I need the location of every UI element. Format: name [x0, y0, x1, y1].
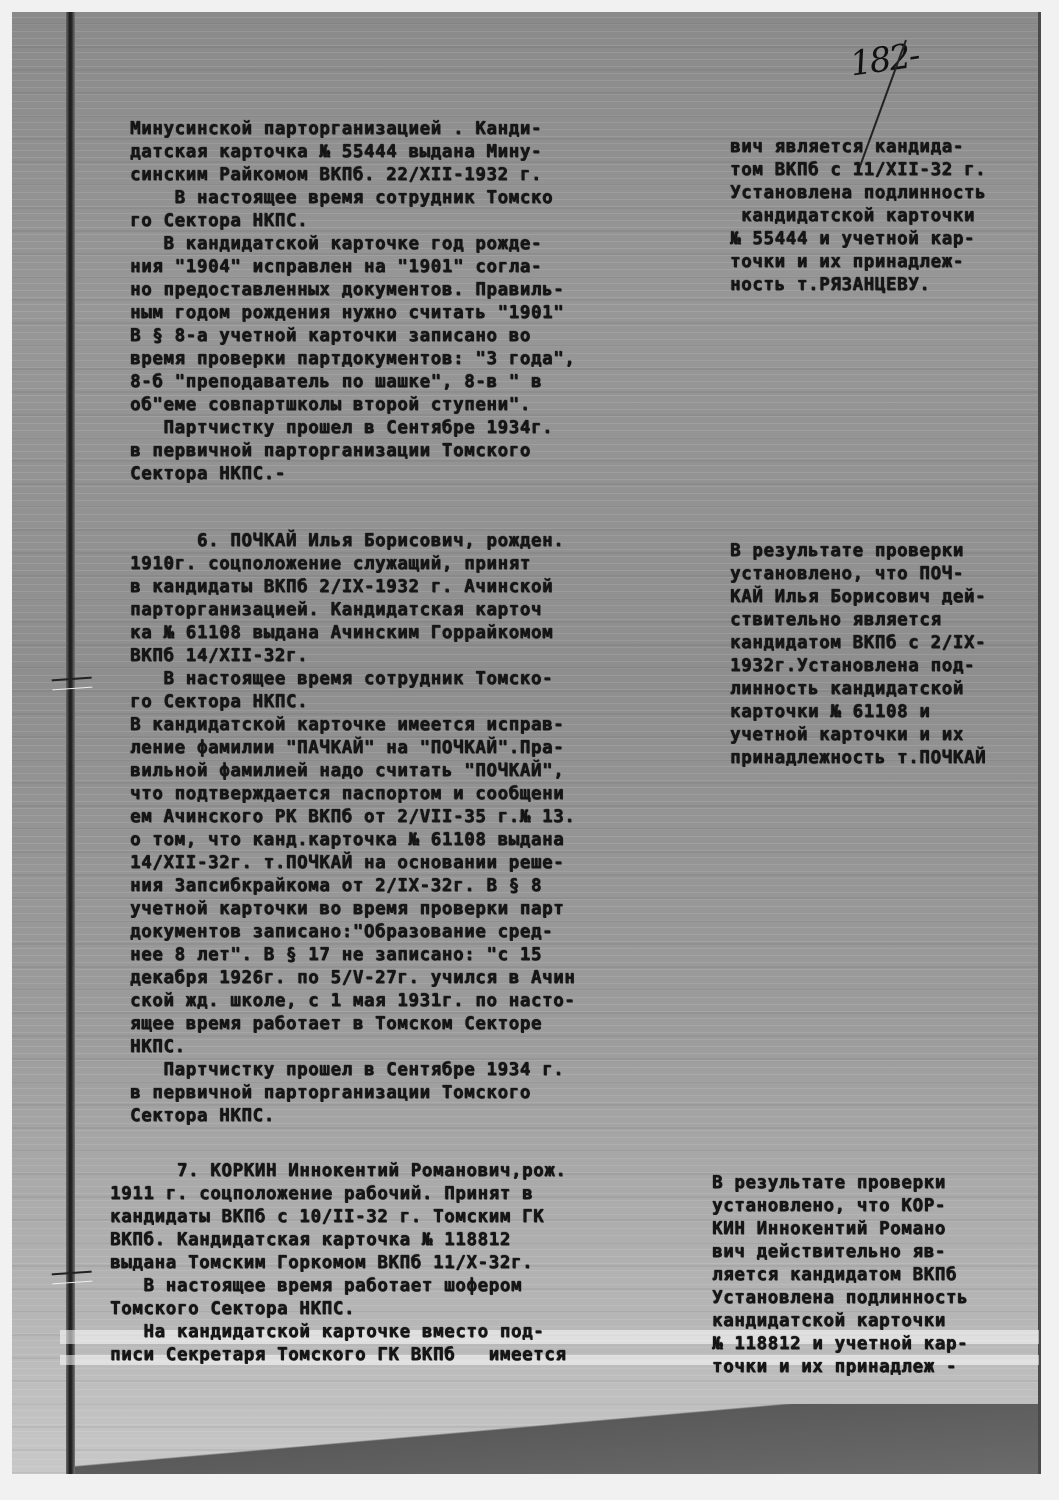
text-line: точки и их принадлеж- — [730, 251, 1040, 274]
text-line: 14/XII-32г. т.ПОЧКАЙ на основании реше- — [130, 852, 690, 875]
text-line: Сектора НКПС. — [130, 1105, 690, 1128]
text-line: го Сектора НКПС. — [130, 210, 690, 233]
text-line: В результате проверки — [730, 540, 1040, 563]
text-line: о том, что канд.карточка № 61108 выдана — [130, 829, 690, 852]
text-line: кандидатом ВКПб с 2/IX- — [730, 632, 1040, 655]
entry-7-left: 7. КОРКИН Иннокентий Романович,рож.1911 … — [110, 1160, 670, 1367]
text-line: На кандидатской карточке вместо под- — [110, 1321, 670, 1344]
text-line: КИН Иннокентий Романо — [712, 1218, 1022, 1241]
text-line: учетной карточки и их — [730, 724, 1040, 747]
binding-line — [66, 12, 75, 1474]
text-line: ствительно является — [730, 609, 1040, 632]
text-line: декабря 1926г. по 5/V-27г. учился в Ачин — [130, 967, 690, 990]
text-line: писи Секретаря Томского ГК ВКПб имеется — [110, 1344, 670, 1367]
text-line: время проверки партдокументов: "3 года", — [130, 348, 690, 371]
text-line: 1932г.Установлена под- — [730, 655, 1040, 678]
text-line: датская карточка № 55444 выдана Мину- — [130, 141, 690, 164]
text-line: № 118812 и учетной кар- — [712, 1333, 1022, 1356]
text-line: В настоящее время работает шофером — [110, 1275, 670, 1298]
text-line: го Сектора НКПС. — [130, 691, 690, 714]
text-line: принадлежность т.ПОЧКАЙ — [730, 747, 1040, 770]
text-line: Установлена подлинность — [712, 1287, 1022, 1310]
section-continuation-right: вич является кандида-том ВКПб с 11/XII-3… — [730, 136, 1040, 297]
text-line: В кандидатской карточке год рожде- — [130, 233, 690, 256]
text-line: но предоставленных документов. Правиль- — [130, 279, 690, 302]
text-line: 6. ПОЧКАЙ Илья Борисович, рожден. — [130, 530, 690, 553]
section-continuation-left: Минусинской парторганизацией . Канди-дат… — [130, 118, 690, 486]
text-line: парторганизацией. Кандидатская карточ — [130, 599, 690, 622]
text-line: линность кандидатской — [730, 678, 1040, 701]
text-line: вильной фамилией надо считать "ПОЧКАЙ", — [130, 760, 690, 783]
text-line: 1911 г. соцположение рабочий. Принят в — [110, 1183, 670, 1206]
text-line: ния "1904" исправлен на "1901" согла- — [130, 256, 690, 279]
text-line: 8-б "преподаватель по шашке", 8-в " в — [130, 371, 690, 394]
text-line: в кандидаты ВКПб 2/IX-1932 г. Ачинской — [130, 576, 690, 599]
text-line: В кандидатской карточке имеется исправ- — [130, 714, 690, 737]
text-line: ской жд. школе, с 1 мая 1931г. по насто- — [130, 990, 690, 1013]
text-line: В настоящее время сотрудник Томско- — [130, 668, 690, 691]
entry-7-right: В результате проверкиустановлено, что КО… — [712, 1172, 1022, 1379]
text-line: учетной карточки во время проверки парт — [130, 898, 690, 921]
text-line: точки и их принадлеж - — [712, 1356, 1022, 1379]
text-line: Партчистку прошел в Сентябре 1934г. — [130, 417, 690, 440]
text-line: ка № 61108 выдана Ачинским Горрайкомом — [130, 622, 690, 645]
text-line: документов записано:"Образование сред- — [130, 921, 690, 944]
text-line: в первичной парторганизации Томского — [130, 440, 690, 463]
text-line: нее 8 лет". В § 17 не записано: "с 15 — [130, 944, 690, 967]
text-line: ление фамилии "ПАЧКАЙ" на "ПОЧКАЙ".Пра- — [130, 737, 690, 760]
text-line: выдана Томским Горкомом ВКПб 11/X-32г. — [110, 1252, 670, 1275]
text-line: ВКПб 14/XII-32г. — [130, 645, 690, 668]
text-line: установлено, что ПОЧ- — [730, 563, 1040, 586]
text-line: карточки № 61108 и — [730, 701, 1040, 724]
text-line: Установлена подлинность — [730, 182, 1040, 205]
text-line: ляется кандидатом ВКПб — [712, 1264, 1022, 1287]
text-line: синским Райкомом ВКПб. 22/XII-1932 г. — [130, 164, 690, 187]
text-line: кандидатской карточки — [730, 205, 1040, 228]
text-line: Томского Сектора НКПС. — [110, 1298, 670, 1321]
text-line: вич является кандида- — [730, 136, 1040, 159]
text-line: Партчистку прошел в Сентябре 1934 г. — [130, 1059, 690, 1082]
text-line: 7. КОРКИН Иннокентий Романович,рож. — [110, 1160, 670, 1183]
text-line: ность т.РЯЗАНЦЕВУ. — [730, 274, 1040, 297]
text-line: кандидаты ВКПб с 10/II-32 г. Томским ГК — [110, 1206, 670, 1229]
text-line: В результате проверки — [712, 1172, 1022, 1195]
entry-6-right: В результате проверкиустановлено, что ПО… — [730, 540, 1040, 770]
text-line: том ВКПб с 11/XII-32 г. — [730, 159, 1040, 182]
text-line: кандидатской карточки — [712, 1310, 1022, 1333]
text-line: № 55444 и учетной кар- — [730, 228, 1040, 251]
text-line: В настоящее время сотрудник Томско — [130, 187, 690, 210]
text-line: установлено, что КОР- — [712, 1195, 1022, 1218]
text-line: Минусинской парторганизацией . Канди- — [130, 118, 690, 141]
text-line: ния Запсибкрайкома от 2/IX-32г. В § 8 — [130, 875, 690, 898]
text-line: В § 8-а учетной карточки записано во — [130, 325, 690, 348]
text-line: 1910г. соцположение служащий, принят — [130, 553, 690, 576]
text-line: ем Ачинского РК ВКПб от 2/VII-35 г.№ 13. — [130, 806, 690, 829]
text-line: вич действительно яв- — [712, 1241, 1022, 1264]
entry-6-left: 6. ПОЧКАЙ Илья Борисович, рожден.1910г. … — [130, 530, 690, 1128]
text-line: Сектора НКПС.- — [130, 463, 690, 486]
text-line: ВКПб. Кандидатская карточка № 118812 — [110, 1229, 670, 1252]
text-line: ящее время работает в Томском Секторе — [130, 1013, 690, 1036]
text-line: что подтверждается паспортом и сообщени — [130, 783, 690, 806]
text-line: КАЙ Илья Борисович дей- — [730, 586, 1040, 609]
text-line: об"еме совпартшколы второй ступени". — [130, 394, 690, 417]
text-line: в первичной парторганизации Томского — [130, 1082, 690, 1105]
text-line: ным годом рождения нужно считать "1901" — [130, 302, 690, 325]
text-line: НКПС. — [130, 1036, 690, 1059]
